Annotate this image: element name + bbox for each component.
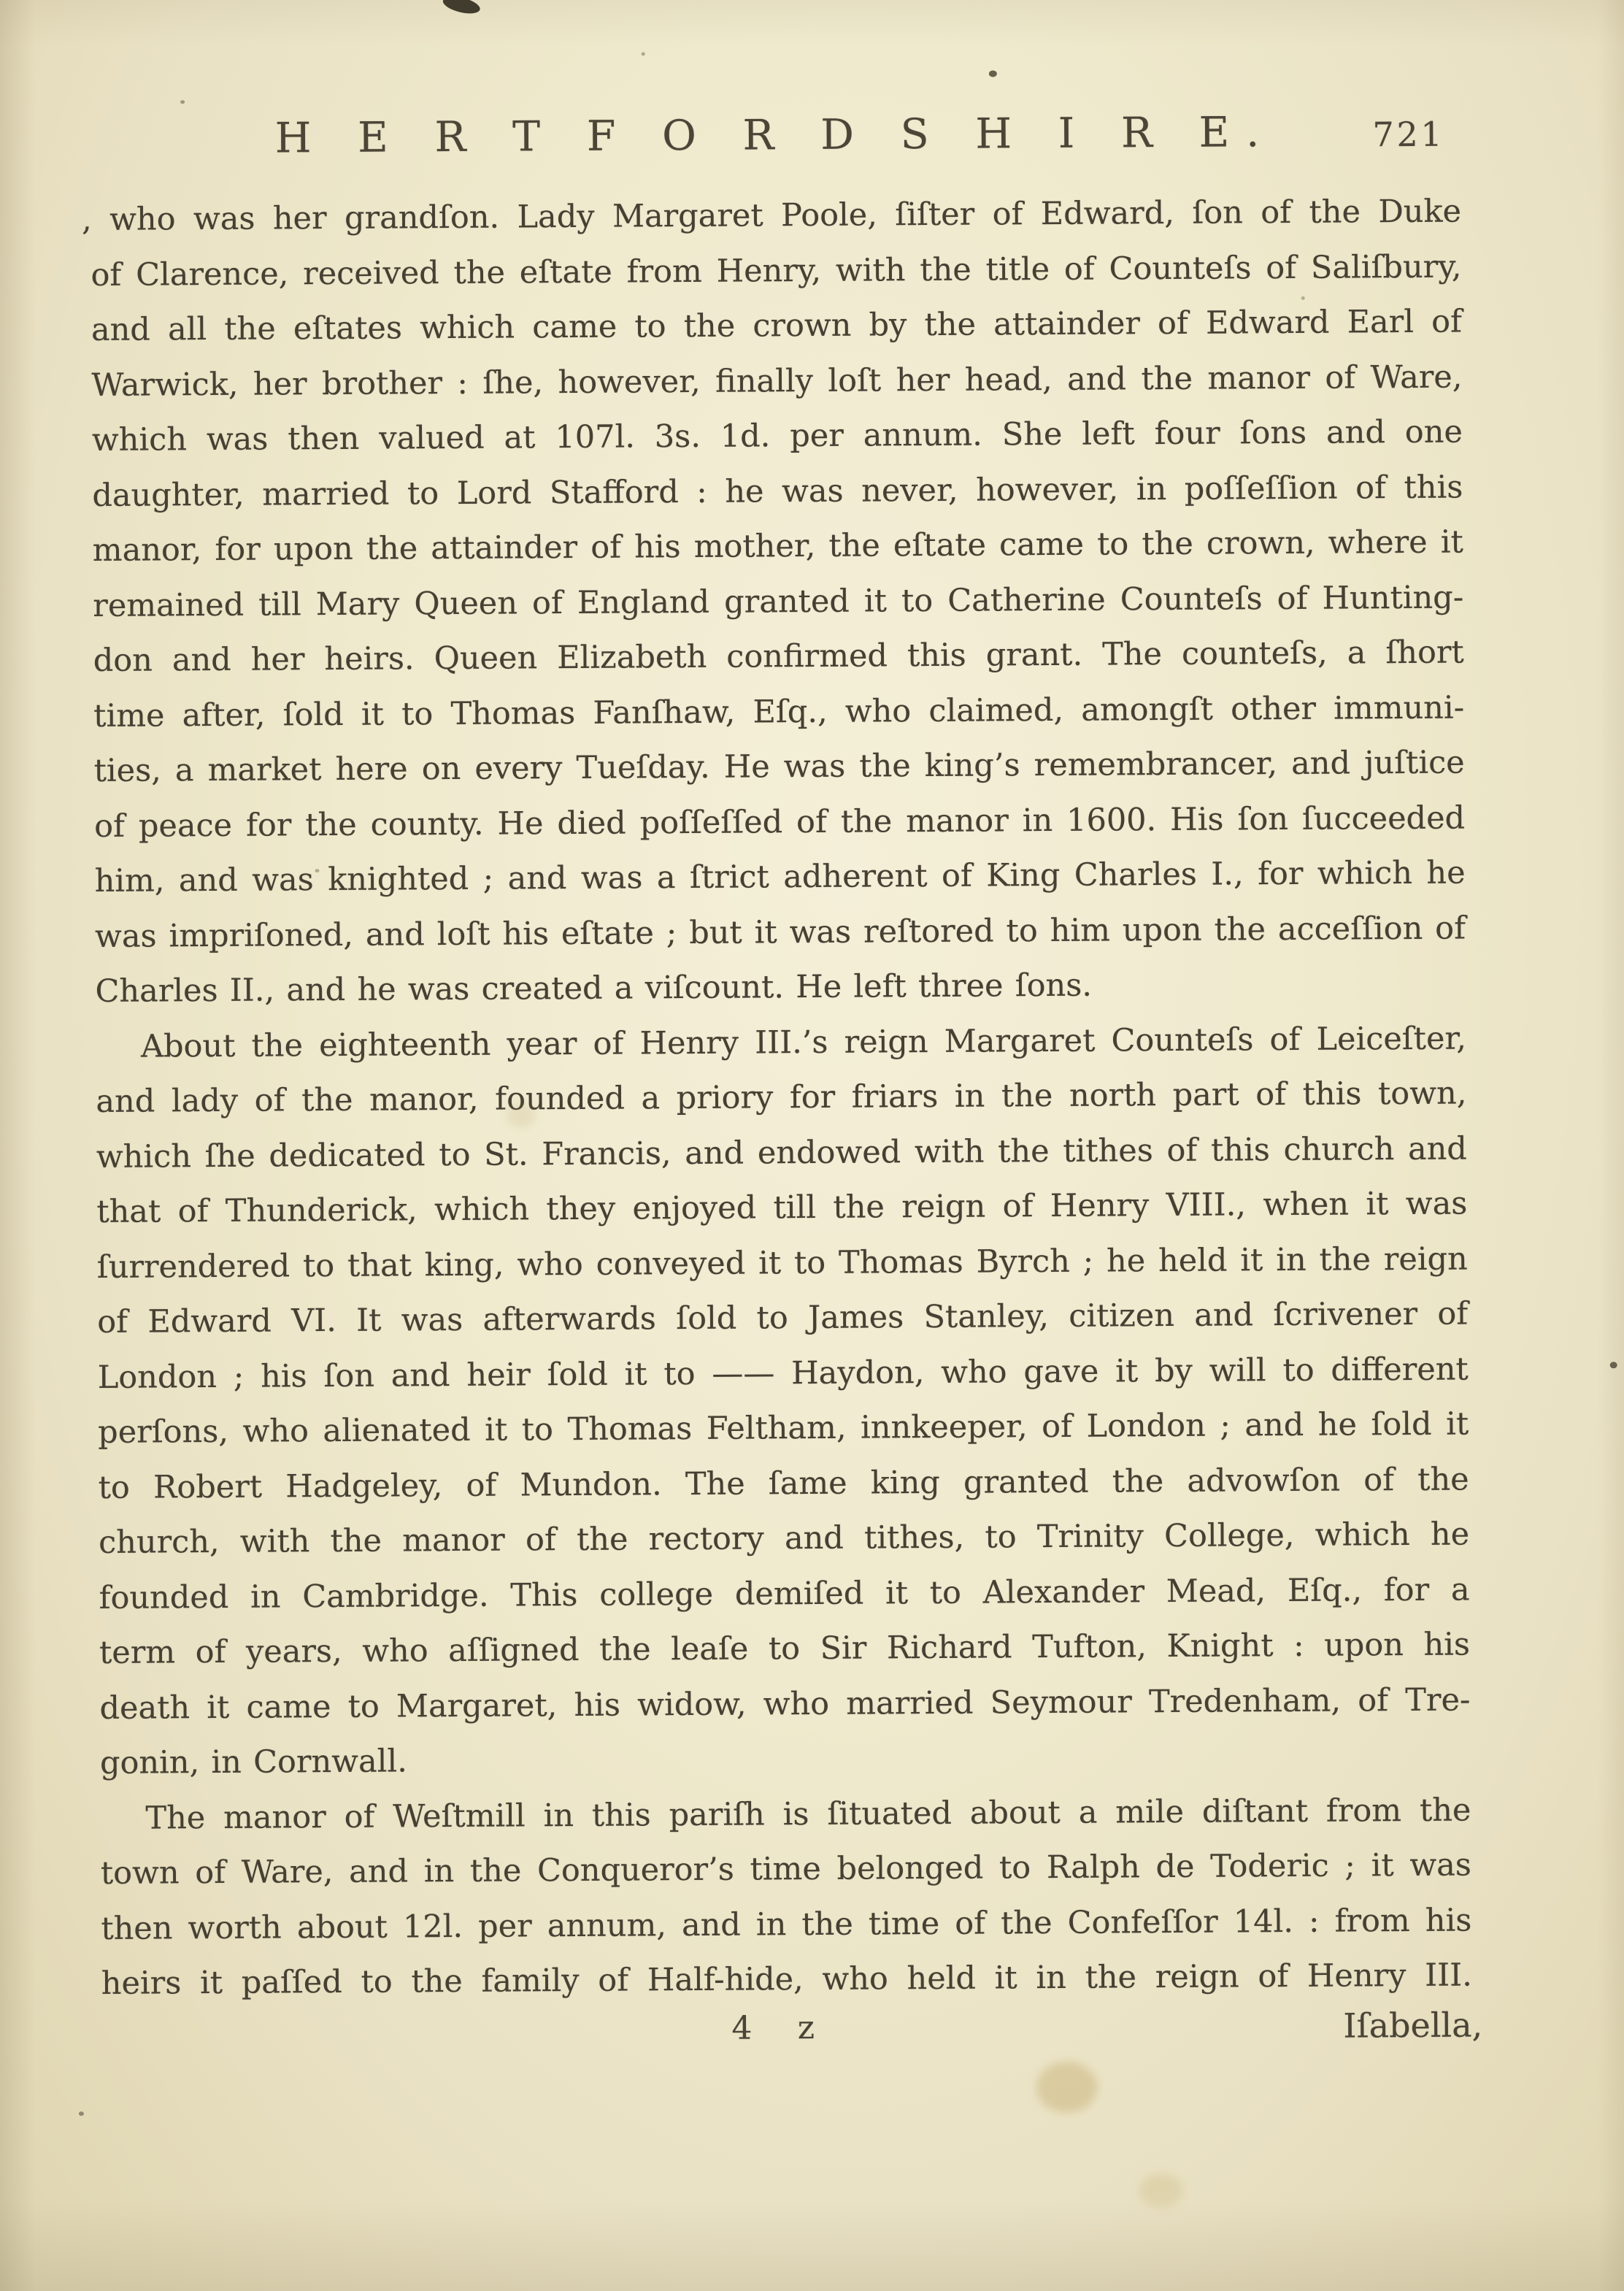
text-line: term of years, who aſſigned the leaſe to… (99, 1618, 1470, 1681)
running-title: H E R T F O R D S H I R E. (90, 107, 1461, 164)
page-footer: 4 z Iſabella, (101, 2006, 1472, 2072)
catchword: Iſabella, (1343, 2005, 1482, 2045)
text-line: death it came to Margaret, his widow, wh… (99, 1673, 1470, 1736)
paper-speck (642, 52, 645, 55)
text-line: don and her heirs. Queen Elizabeth confi… (93, 626, 1464, 689)
page-number: 721 (1372, 115, 1444, 155)
text-line: Warwick, her brother : ſhe, however, fin… (91, 350, 1462, 413)
paper-speck (79, 2111, 84, 2116)
text-line: church, with the manor of the rectory an… (99, 1508, 1469, 1571)
text-line: ties, a market here on every Tueſday. He… (93, 736, 1464, 799)
text-line: London ; his ſon and heir ſold it to —— … (98, 1342, 1469, 1405)
paper-speck (1301, 296, 1305, 300)
text-line: and all the eſtates which came to the cr… (91, 295, 1462, 358)
paragraph-1: , who was her grandſon. Lady Margaret Po… (91, 185, 1466, 1020)
text-line: which was then valued at 107l. 3s. 1d. p… (92, 405, 1463, 469)
text-line: heirs it paſſed to the family of Half-hi… (101, 1949, 1472, 2012)
text-line: remained till Mary Queen of England gran… (93, 570, 1463, 634)
text-line: and lady of the manor, founded a priory … (96, 1067, 1466, 1130)
running-head: H E R T F O R D S H I R E. 721 (90, 107, 1461, 166)
paper-speck (180, 100, 185, 104)
text-line: daughter, married to Lord Stafford : he … (92, 460, 1463, 523)
text-line: town of Ware, and in the Conqueror’s tim… (101, 1838, 1471, 1902)
paper-speck (315, 869, 320, 872)
text-line: time after, ſold it to Thomas Fanſhaw, E… (93, 680, 1464, 744)
text-line: was impriſoned, and loſt his eſtate ; bu… (95, 901, 1466, 964)
body-text: , who was her grandſon. Lady Margaret Po… (91, 185, 1472, 2012)
text-line: which ſhe dedicated to St. Francis, and … (96, 1121, 1467, 1185)
text-line: of peace for the county. He died poſſeſſ… (94, 791, 1465, 854)
book-page-scan: H E R T F O R D S H I R E. 721 , who was… (0, 0, 1624, 2291)
text-line: perſons, who alienated it to Thomas Felt… (98, 1397, 1469, 1461)
text-line: that of Thunderick, which they enjoyed t… (96, 1177, 1467, 1240)
text-line: him, and was knighted ; and was a ſtrict… (94, 846, 1465, 910)
ink-speck (989, 70, 997, 77)
text-line: , who was her grandſon. Lady Margaret Po… (91, 185, 1461, 248)
paragraph-2: About the eighteenth year of Henry III.’… (96, 1011, 1471, 1791)
text-line: gonin, in Cornwall. (100, 1728, 1471, 1792)
text-line: then worth about 12l. per annum, and in … (101, 1893, 1471, 1957)
paper-stain (1036, 2062, 1098, 2114)
ink-speck (1610, 1362, 1617, 1368)
paper-stain (1139, 2173, 1182, 2207)
page-content: H E R T F O R D S H I R E. 721 , who was… (0, 0, 1624, 2291)
text-line: to Robert Hadgeley, of Mundon. The ſame … (98, 1452, 1469, 1516)
signature-mark: 4 z (731, 2009, 832, 2047)
text-line: of Clarence, received the eſtate from He… (91, 239, 1461, 303)
text-line: About the eighteenth year of Henry III.’… (96, 1011, 1466, 1075)
text-line: Charles II., and he was created a viſcou… (95, 956, 1466, 1020)
text-line: The manor of Weſtmill in this pariſh is … (100, 1783, 1471, 1846)
ink-blot (442, 0, 482, 17)
text-line: ſurrendered to that king, who conveyed i… (97, 1232, 1468, 1295)
paper-stain (506, 1102, 535, 1127)
text-line: of Edward VI. It was afterwards ſold to … (97, 1287, 1468, 1351)
paragraph-3: The manor of Weſtmill in this pariſh is … (100, 1783, 1472, 2011)
text-line: manor, for upon the attainder of his mot… (93, 515, 1463, 579)
text-line: founded in Cambridge. This college demiſ… (99, 1562, 1469, 1626)
